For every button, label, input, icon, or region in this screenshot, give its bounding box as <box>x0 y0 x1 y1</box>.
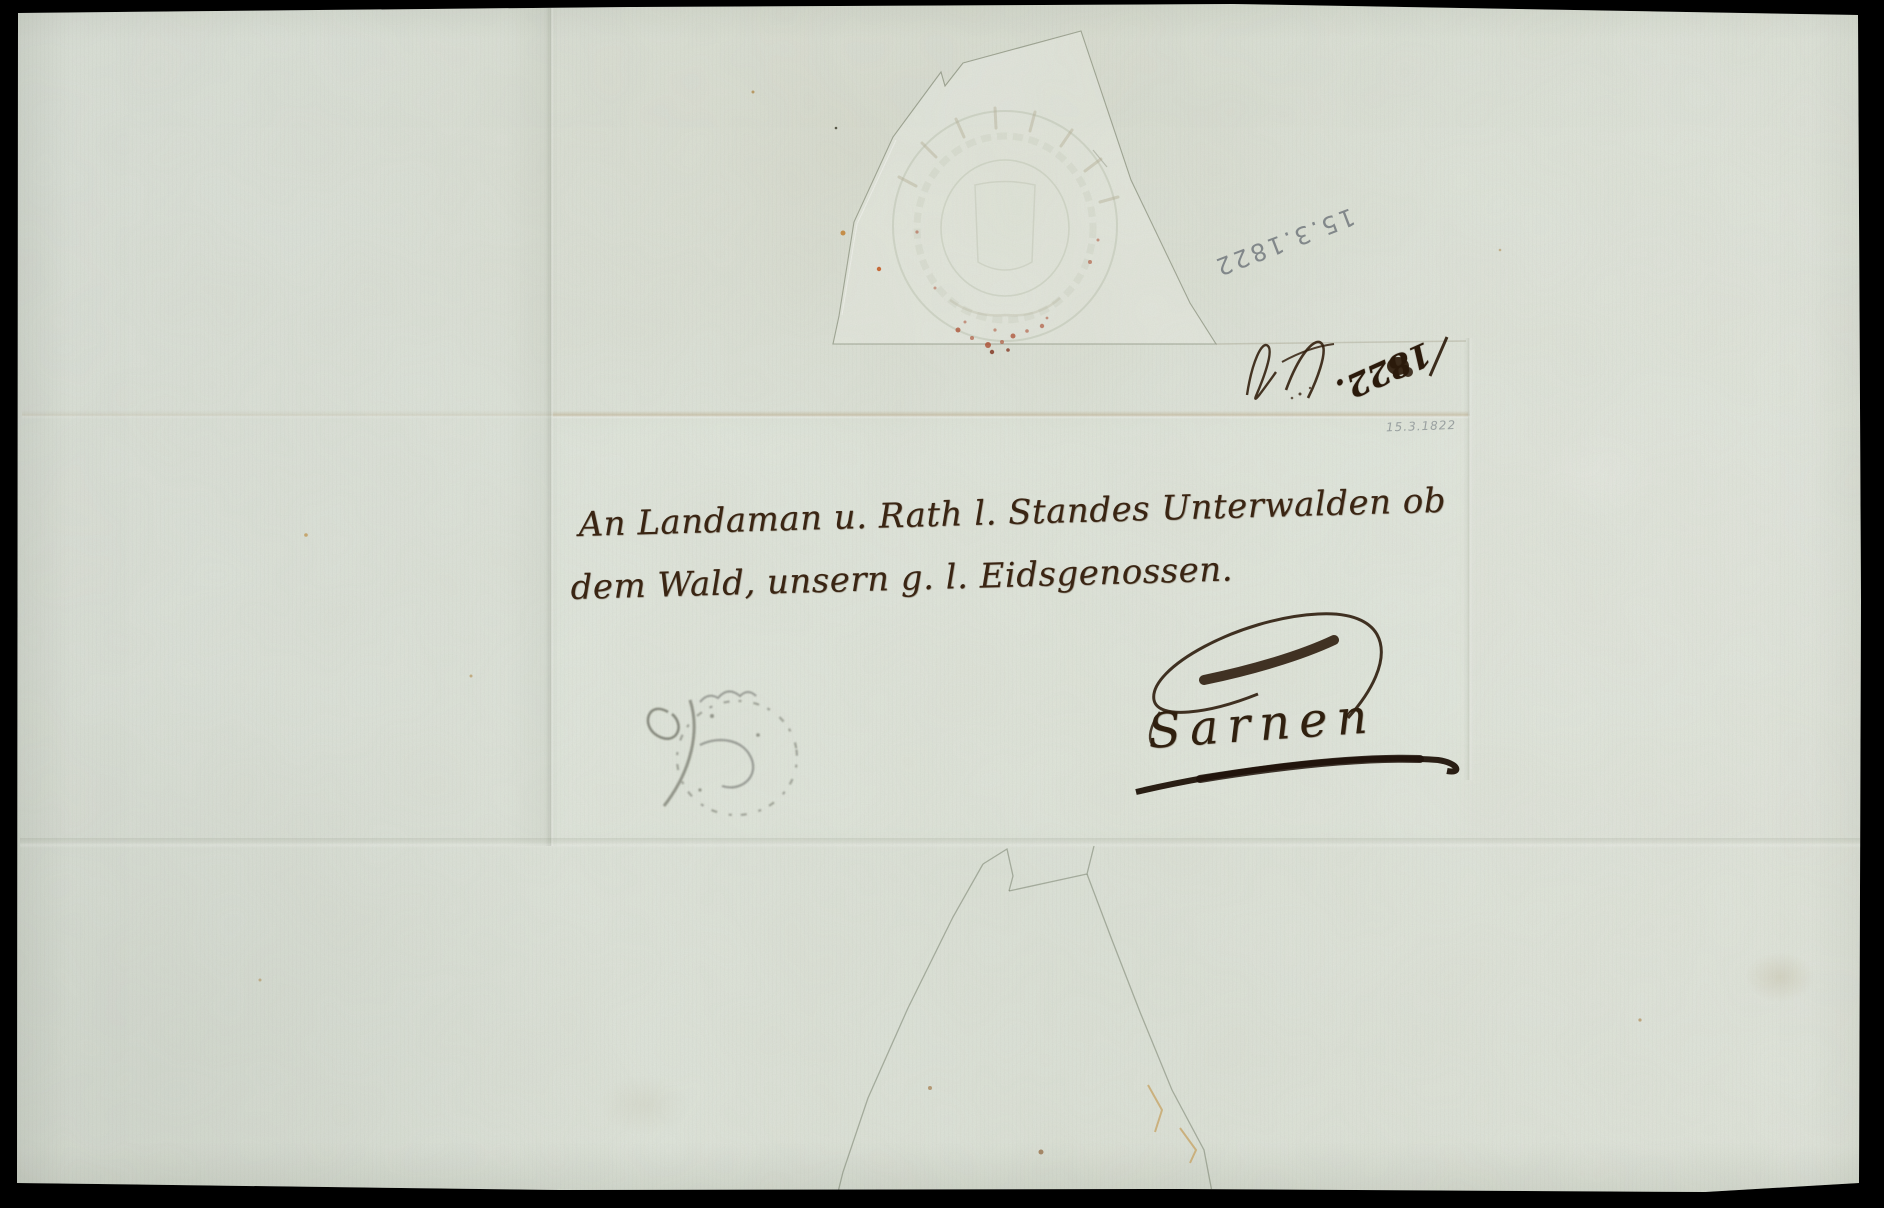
center-address-panel <box>553 419 1468 839</box>
paper-edge-shadow-top <box>0 0 1884 40</box>
paper-edge-shadow-bottom <box>0 1146 1884 1196</box>
fold-shadow-band <box>505 8 549 846</box>
fold-crease-vertical-left <box>545 8 557 846</box>
paper-edge-shadow-left <box>0 0 70 1208</box>
paper-edge-shadow-right <box>1809 0 1864 1208</box>
fold-crease-vertical-right <box>1464 338 1474 780</box>
paper-stain <box>600 1075 690 1135</box>
paper-light-patch <box>1540 430 1660 520</box>
fold-crease-horizontal-top-strong <box>553 411 1468 419</box>
photo-background: An Landaman u. Rath l. Standes Unterwald… <box>0 0 1884 1208</box>
fold-crease-horizontal-bottom <box>20 838 1861 848</box>
paper-stain <box>1745 952 1815 1002</box>
letter-cover <box>0 0 1884 1208</box>
pencil-date-small: 15.3.1822 <box>1386 418 1466 435</box>
